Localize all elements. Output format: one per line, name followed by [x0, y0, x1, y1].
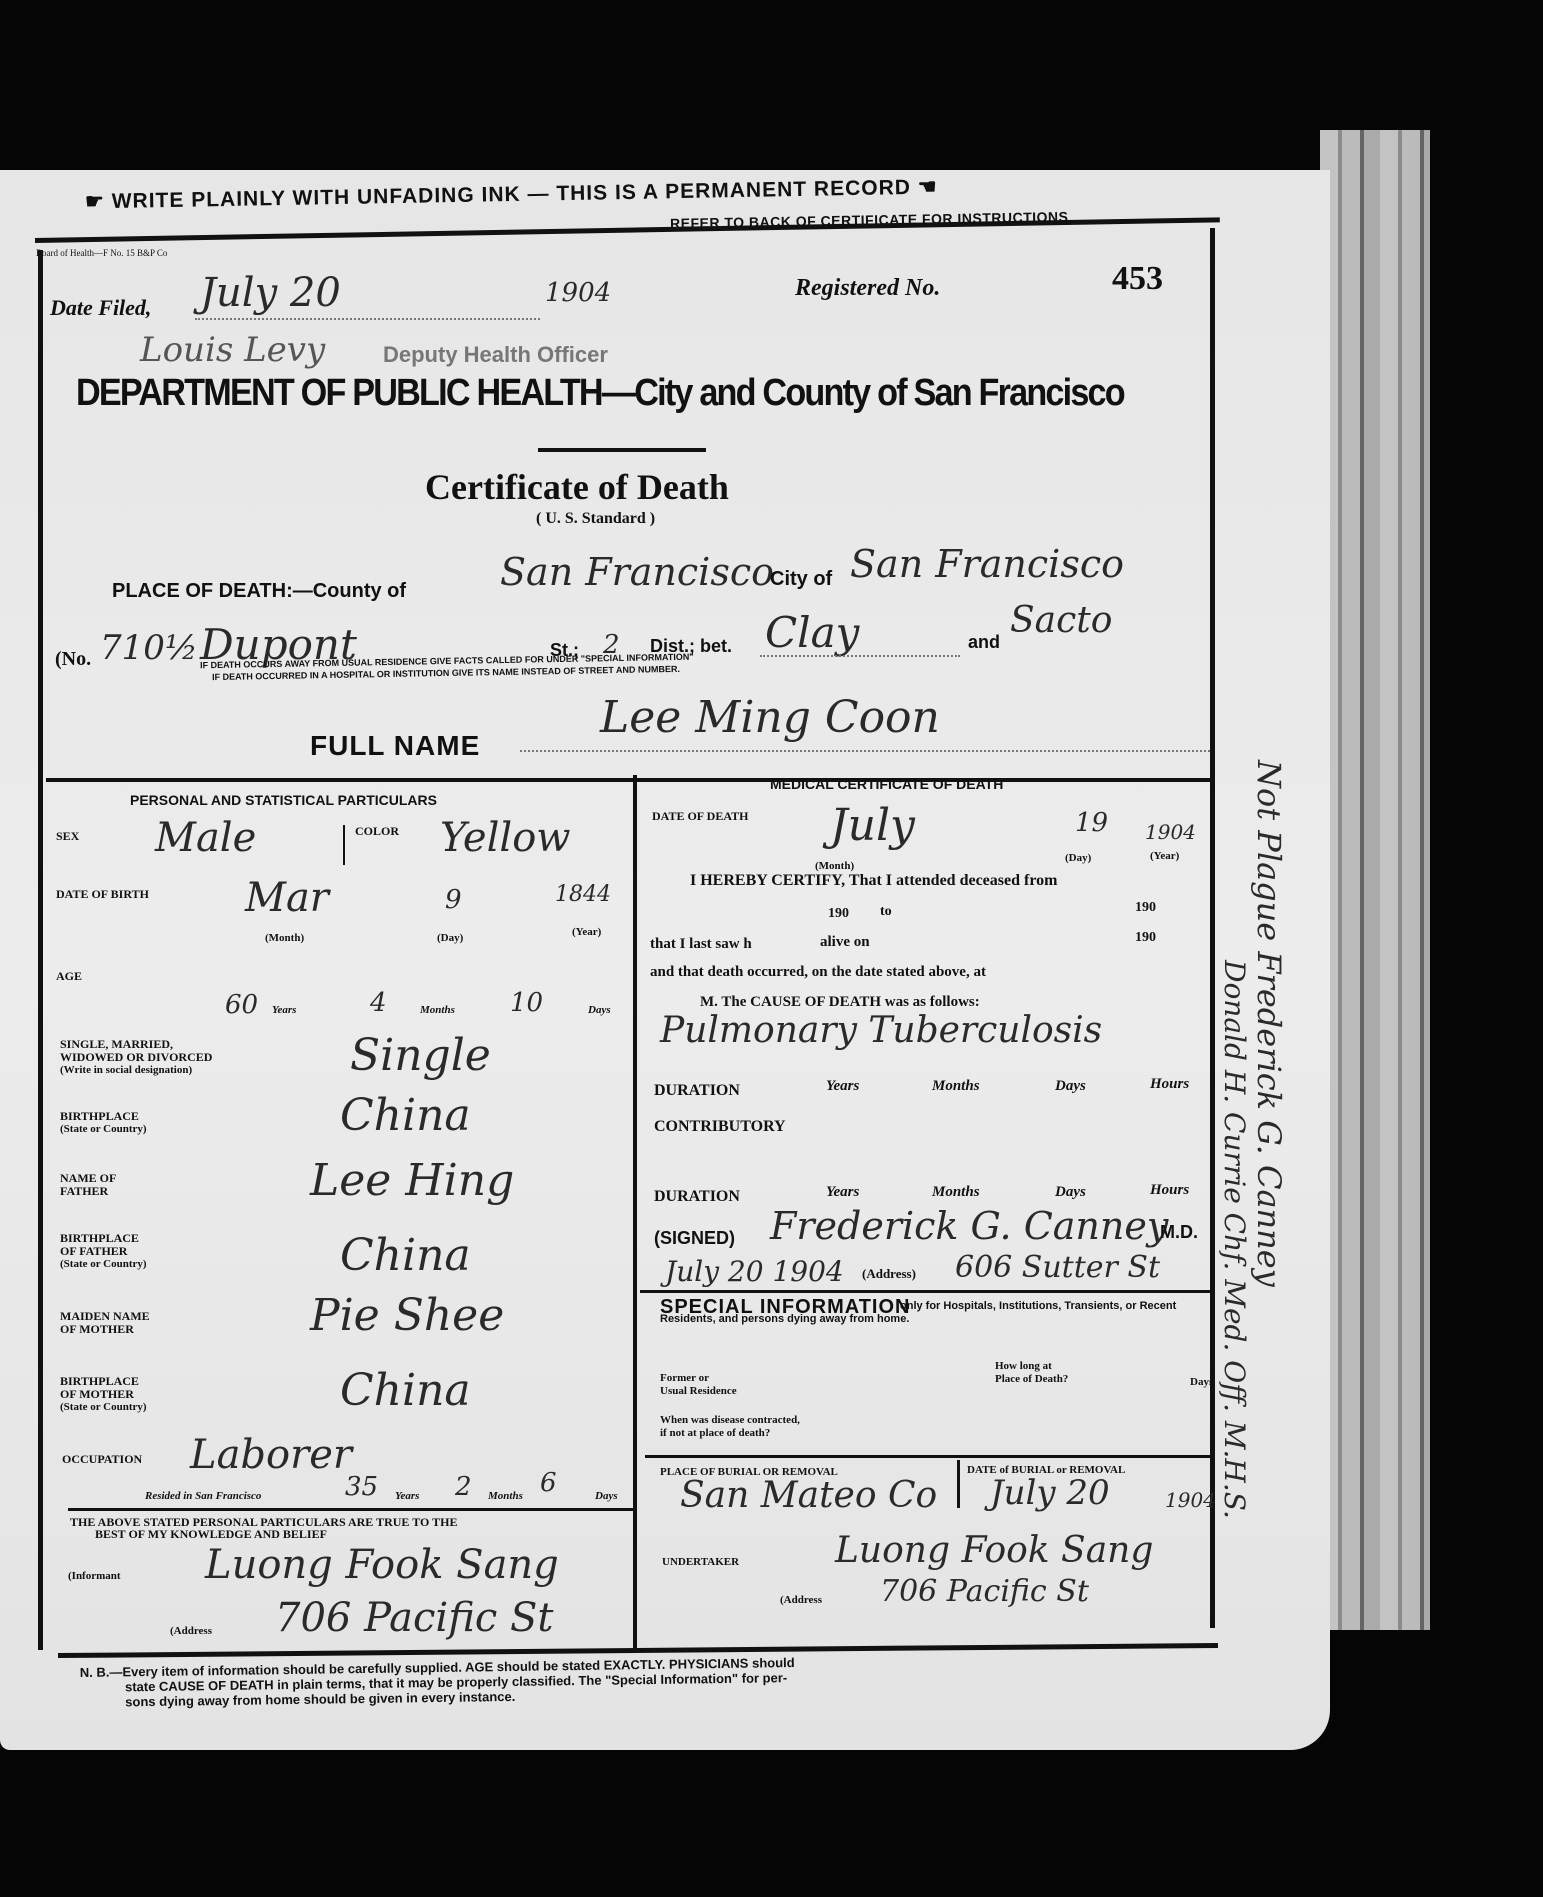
father-label: NAME OFFATHER [60, 1172, 116, 1198]
undertaker-address: 706 Pacific St [880, 1574, 1089, 1609]
color-value: Yellow [440, 815, 571, 861]
form-code: Board of Health—F No. 15 B&P Co [36, 248, 167, 258]
medical-heading: MEDICAL CERTIFICATE OF DEATH [770, 776, 1003, 792]
mother-birthplace-label: BIRTHPLACEOF MOTHER(State or Country) [60, 1375, 147, 1414]
caption: (Day) [1065, 852, 1091, 865]
caption: Days [1055, 1184, 1086, 1201]
burial-year: 1904 [1165, 1488, 1216, 1512]
occupation-value: Laborer [190, 1432, 352, 1478]
duration-label: DURATION [654, 1188, 740, 1206]
cause-intro: M. The CAUSE OF DEATH was as follows: [700, 994, 980, 1011]
year-prefix: 190 [1135, 900, 1156, 916]
full-name-value: Lee Ming Coon [600, 692, 940, 743]
dob-month: Mar [245, 875, 329, 921]
and-label: and [968, 632, 1000, 653]
officer-title: Deputy Health Officer [383, 342, 608, 368]
marital-label: SINGLE, MARRIED,WIDOWED OR DIVORCED(Writ… [60, 1038, 212, 1077]
dob-year: 1844 [555, 882, 611, 907]
informant-address: 706 Pacific St [275, 1595, 554, 1641]
father-value: Lee Hing [310, 1155, 514, 1206]
dod-month: July [830, 800, 915, 851]
mother-birthplace-value: China [340, 1365, 471, 1416]
city-label: City of [770, 568, 832, 591]
burial-place: San Mateo Co [680, 1475, 937, 1516]
birthplace-value: China [340, 1090, 471, 1141]
full-name-label: FULL NAME [310, 730, 480, 762]
caption: Years [395, 1490, 419, 1503]
caption: Years [826, 1184, 859, 1201]
street-number: 710½ [100, 628, 198, 668]
color-label: COLOR [355, 825, 399, 838]
physician-signature: Frederick G. Canney [770, 1204, 1168, 1248]
caption: (Day) [437, 932, 463, 945]
father-birthplace-value: China [340, 1230, 471, 1281]
resided-years: 35 [345, 1472, 378, 1502]
pointing-hand-icon: ☛ [85, 190, 112, 213]
resided-days: 6 [540, 1468, 557, 1498]
caption: Years [272, 1004, 296, 1017]
caption: Months [932, 1184, 980, 1201]
father-birthplace-label: BIRTHPLACEOF FATHER(State or Country) [60, 1232, 147, 1271]
mother-label: MAIDEN NAMEOF MOTHER [60, 1310, 150, 1336]
pointing-hand-icon: ☚ [911, 176, 938, 199]
certify-text: I HEREBY CERTIFY, That I attended deceas… [690, 872, 1057, 890]
undertaker-address-label: (Address [780, 1594, 822, 1607]
burial-date: July 20 [990, 1473, 1110, 1513]
year-prefix: 190 [828, 906, 849, 922]
special-subheading: only for Hospitals, Institutions, Transi… [660, 1300, 1210, 1326]
date-filed-value: July 20 [200, 270, 341, 316]
registered-number: 453 [1112, 260, 1163, 298]
city-value: San Francisco [850, 542, 1124, 586]
street-number-label: (No. [55, 648, 91, 671]
informant-label: (Informant [68, 1570, 121, 1583]
dod-label: DATE OF DEATH [652, 810, 748, 823]
alive-on-text: alive on [820, 934, 870, 951]
footer-note: N. B.—Every item of information should b… [80, 1655, 795, 1710]
officer-signature: Louis Levy [140, 330, 325, 370]
registered-label: Registered No. [795, 275, 940, 302]
age-days: 10 [510, 988, 543, 1018]
dob-day: 9 [445, 885, 462, 915]
place-of-death-label: PLACE OF DEATH:—County of [112, 580, 406, 603]
caption: Days [595, 1490, 618, 1503]
dod-year: 1904 [1145, 820, 1196, 844]
mother-value: Pie Shee [310, 1290, 504, 1341]
page-stack-edge [1320, 130, 1430, 1630]
death-certificate: ☛ WRITE PLAINLY WITH UNFADING INK — THIS… [0, 170, 1330, 1750]
sex-value: Male [155, 815, 256, 861]
occurred-text: and that death occurred, on the date sta… [650, 964, 986, 981]
former-residence-label: Former orUsual Residence [660, 1372, 737, 1398]
age-label: AGE [56, 970, 82, 983]
undertaker-label: UNDERTAKER [662, 1556, 739, 1569]
certificate-title: Certificate of Death [425, 466, 729, 508]
days-label: Days [1190, 1376, 1213, 1389]
standard-subtitle: ( U. S. Standard ) [536, 510, 655, 528]
margin-note-2: Donald H. Currie Chf. Med. Off. M.H.S. [1218, 960, 1251, 1519]
caption: (Year) [572, 926, 601, 939]
last-saw-text: that I last saw h [650, 936, 752, 953]
caption: Years [826, 1078, 859, 1095]
dob-label: DATE OF BIRTH [56, 888, 149, 901]
banner: ☛ WRITE PLAINLY WITH UNFADING INK — THIS… [85, 175, 938, 215]
dod-day: 19 [1075, 808, 1108, 838]
department-title: DEPARTMENT OF PUBLIC HEALTH—City and Cou… [76, 372, 1124, 415]
caption: Hours [1150, 1076, 1189, 1093]
birthplace-label: BIRTHPLACE(State or Country) [60, 1110, 147, 1136]
sign-date: July 20 1904 [665, 1255, 844, 1288]
caption: Months [488, 1490, 523, 1503]
caption: (Year) [1150, 850, 1179, 863]
personal-heading: PERSONAL AND STATISTICAL PARTICULARS [130, 792, 437, 808]
age-months: 4 [370, 988, 387, 1018]
cross-street-2: Sacto [1010, 600, 1112, 641]
contracted-label: When was disease contracted,if not at pl… [660, 1414, 800, 1440]
county-value: San Francisco [500, 550, 774, 594]
margin-note-1: Not Plague Frederick G. Canney [1250, 760, 1288, 1287]
undertaker-value: Luong Fook Sang [835, 1530, 1153, 1571]
cross-street-1: Clay [765, 608, 859, 657]
caption: Days [1055, 1078, 1086, 1095]
informant-address-label: (Address [170, 1625, 212, 1638]
date-filed-label: Date Filed, [50, 295, 151, 321]
physician-address: 606 Sutter St [955, 1250, 1160, 1285]
contributory-label: CONTRIBUTORY [654, 1118, 786, 1136]
caption: Months [932, 1078, 980, 1095]
resided-label: Resided in San Francisco [145, 1490, 261, 1503]
caption: Hours [1150, 1182, 1189, 1199]
year-prefix: 190 [1135, 930, 1156, 946]
sex-label: SEX [56, 830, 79, 843]
physician-address-label: (Address) [862, 1266, 916, 1282]
how-long-label: How long atPlace of Death? [995, 1360, 1068, 1386]
signed-label: (SIGNED) [654, 1228, 735, 1249]
age-years: 60 [225, 990, 258, 1020]
to-label: to [880, 904, 892, 920]
date-filed-year: 1904 [545, 278, 611, 308]
duration-label: DURATION [654, 1082, 740, 1100]
attestation-2: BEST OF MY KNOWLEDGE AND BELIEF [95, 1528, 327, 1541]
informant-value: Luong Fook Sang [205, 1542, 559, 1588]
marital-value: Single [350, 1030, 491, 1081]
caption: (Month) [265, 932, 304, 945]
caption: Months [420, 1004, 455, 1017]
caption: Days [588, 1004, 611, 1017]
cause-of-death: Pulmonary Tuberculosis [660, 1010, 1102, 1051]
resided-months: 2 [455, 1472, 472, 1502]
md-label: M.D. [1160, 1222, 1198, 1243]
occupation-label: OCCUPATION [62, 1453, 142, 1466]
